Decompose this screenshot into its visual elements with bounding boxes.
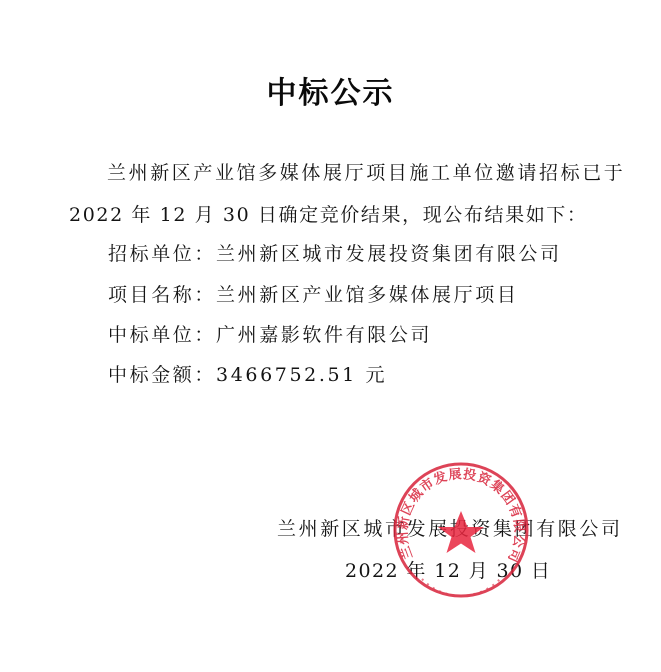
- field-label: 中标金额：: [108, 364, 216, 386]
- intro-line-2: 2022 年 12 月 30 日确定竞价结果，现公布结果如下：: [69, 200, 588, 227]
- field-value: 兰州新区城市发展投资集团有限公司: [216, 243, 562, 265]
- signature-organization: 兰州新区城市发展投资集团有限公司: [277, 514, 623, 541]
- field-value: 兰州新区产业馆多媒体展厅项目: [216, 284, 518, 306]
- field-tenderer: 招标单位：兰州新区城市发展投资集团有限公司: [108, 239, 562, 266]
- intro-line-1: 兰州新区产业馆多媒体展厅项目施工单位邀请招标已于: [107, 158, 625, 185]
- field-project-name: 项目名称：兰州新区产业馆多媒体展厅项目: [108, 280, 518, 307]
- field-winning-bidder: 中标单位：广州嘉影软件有限公司: [108, 320, 432, 347]
- page-title: 中标公示: [0, 68, 661, 112]
- field-value: 3466752.51 元: [216, 364, 387, 386]
- signature-date: 2022 年 12 月 30 日: [345, 556, 551, 583]
- field-value: 广州嘉影软件有限公司: [216, 324, 432, 346]
- field-label: 中标单位：: [108, 324, 216, 346]
- field-label: 项目名称：: [108, 284, 216, 306]
- field-winning-amount: 中标金额：3466752.51 元: [108, 360, 387, 387]
- field-label: 招标单位：: [108, 243, 216, 265]
